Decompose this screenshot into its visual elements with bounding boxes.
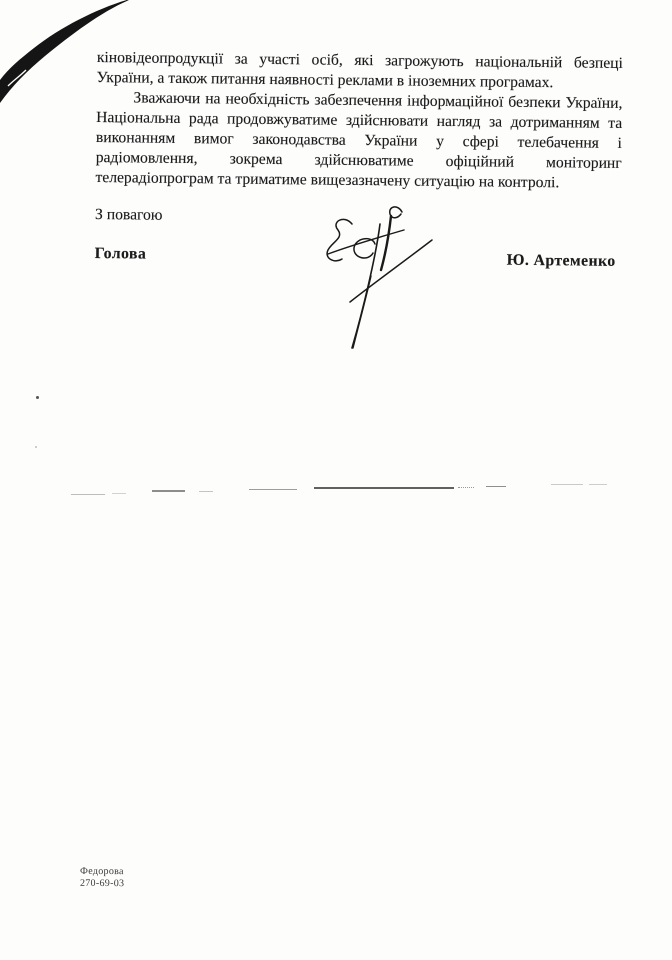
footer-reference-phone: 270-69-03	[80, 878, 124, 890]
footer-reference-name: Федорова	[80, 866, 124, 878]
salutation: З повагою	[95, 206, 163, 225]
scan-artifact-line	[112, 493, 126, 494]
scan-artifact-line	[71, 494, 105, 495]
scan-speck	[35, 446, 37, 448]
scan-speck	[36, 396, 39, 399]
scan-artifact-line	[199, 491, 213, 492]
handwritten-signature-icon	[318, 202, 448, 354]
scan-artifact-line	[249, 489, 297, 490]
scan-artifact-line	[314, 487, 454, 489]
scanned-letter-page: кіновідеопродукції за участі осіб, які з…	[0, 0, 672, 960]
signer-title: Голова	[95, 245, 147, 264]
scan-artifact-line	[486, 486, 506, 487]
scan-artifact-line	[152, 490, 185, 492]
footer-reference: Федорова 270-69-03	[80, 866, 125, 890]
scan-artifact-line	[551, 484, 583, 485]
signer-name: Ю. Артеменко	[507, 252, 616, 271]
scan-artifact-line	[458, 487, 474, 488]
scan-artifact-line	[589, 484, 607, 485]
